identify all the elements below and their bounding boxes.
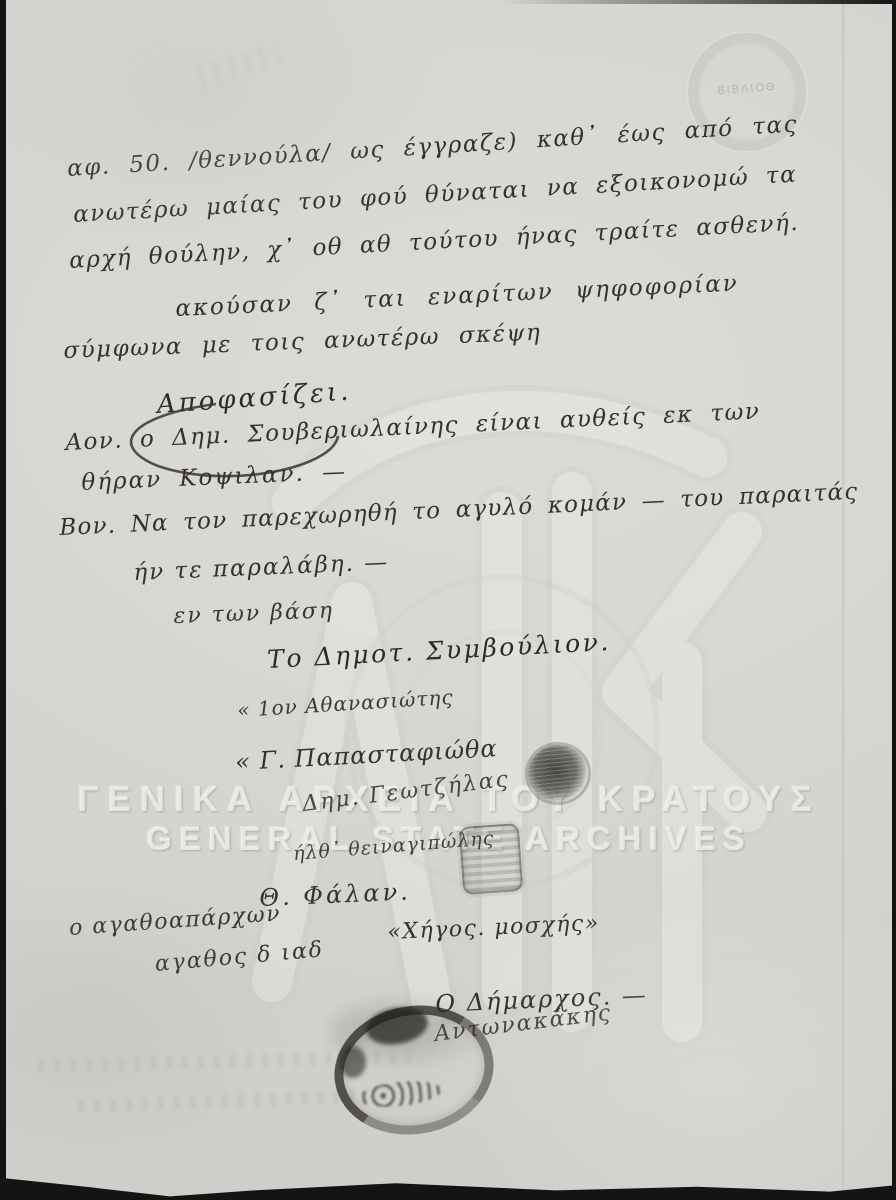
handwriting-line: εν των βάση [173, 598, 334, 629]
handwriting-line: Αον. ο Δημ. Σουβεριωλαίνης είναι αυθείς … [65, 398, 761, 456]
handwriting-signature: ήλθ᾽ θειναγιπώλης [292, 827, 495, 865]
handwriting-line: ήν τε παραλάβη. — [133, 549, 390, 586]
handwriting-line: ακούσαν ζ᾽ ται εναρίτων ψηφοφορίαν [175, 270, 739, 322]
heading-flourish [98, 398, 368, 493]
handwriting-line: ανωτέρω μαίας του φού θύναται να εξοικον… [73, 162, 798, 228]
postmark-smudge [328, 992, 498, 1072]
handwriting-line-mayor: Ο Δήμαρχος. — [435, 981, 649, 1018]
scan-top-edge-shadow [496, 0, 896, 4]
ink-seal-square [459, 823, 524, 895]
handwriting-line: σύμφωνα με τοις ανωτέρω σκέψη [63, 320, 542, 364]
postmark-ink-blob [363, 1003, 430, 1049]
postmark-ink-blob [340, 1046, 366, 1078]
handwriting-signature: «Χήγος. μοσχής» [387, 911, 600, 945]
handwriting-signature: « Γ. Παπασταφιώθα [235, 734, 499, 776]
handwriting-signature: Θ. Φάλαν. [259, 877, 412, 912]
handwriting-signature: Δημ. Γεωτζήλας [301, 767, 511, 817]
archives-watermark-text-greek: ΓΕΝΙΚΑ ΑΡΧΕΙΑ ΤΟΥ ΚΡΑΤΟΥΣ [6, 780, 892, 820]
ghost-scribble [184, 41, 282, 95]
ink-seal-round [525, 742, 591, 805]
ghost-scribble [66, 1090, 366, 1113]
postmark-stamp [324, 993, 504, 1147]
handwriting-heading: Αποφασίζει. [156, 376, 352, 420]
embossed-library-stamp: ΒΙΒΛΙΟΘ [688, 33, 806, 151]
postmark-ink-dots [357, 1078, 443, 1111]
handwriting-signature-mayor: Αντωνακάκης [433, 1000, 614, 1047]
paper-fold-crease [842, 0, 845, 1200]
handwriting-line: αρχή θούλην, χ᾽ οθ αθ τούτου ήνας τραίτε… [69, 210, 800, 274]
scanned-document: ΒΙΒΛΙΟΘ [0, 0, 896, 1200]
handwriting-line: αγαθος δ ιαδ [154, 937, 325, 977]
document-page: ΒΙΒΛΙΟΘ [6, 0, 892, 1200]
handwriting-signature: « 1ον Αθανασιώτης [237, 685, 455, 722]
handwriting-line: αφ. 50. /θεννούλα/ ως έγγραζε) καθ᾽ έως … [66, 111, 798, 182]
embossed-stamp-text: ΒΙΒΛΙΟΘ [698, 80, 797, 99]
handwriting-line: ο αγαθοαπάρχων [68, 901, 282, 941]
handwriting-line: θήραν Κοψιλαν. — [81, 459, 348, 496]
handwriting-line: Το Δημοτ. Συμβούλιον. [266, 627, 611, 674]
archives-monogram-watermark-icon [202, 362, 782, 1062]
handwriting-line: Βον. Να τον παρεχωρηθή το αγυλό κομάν — … [59, 479, 859, 541]
archives-watermark-text-english: GENERAL STATE ARCHIVES [6, 820, 892, 858]
ghost-scribble [26, 1050, 416, 1073]
